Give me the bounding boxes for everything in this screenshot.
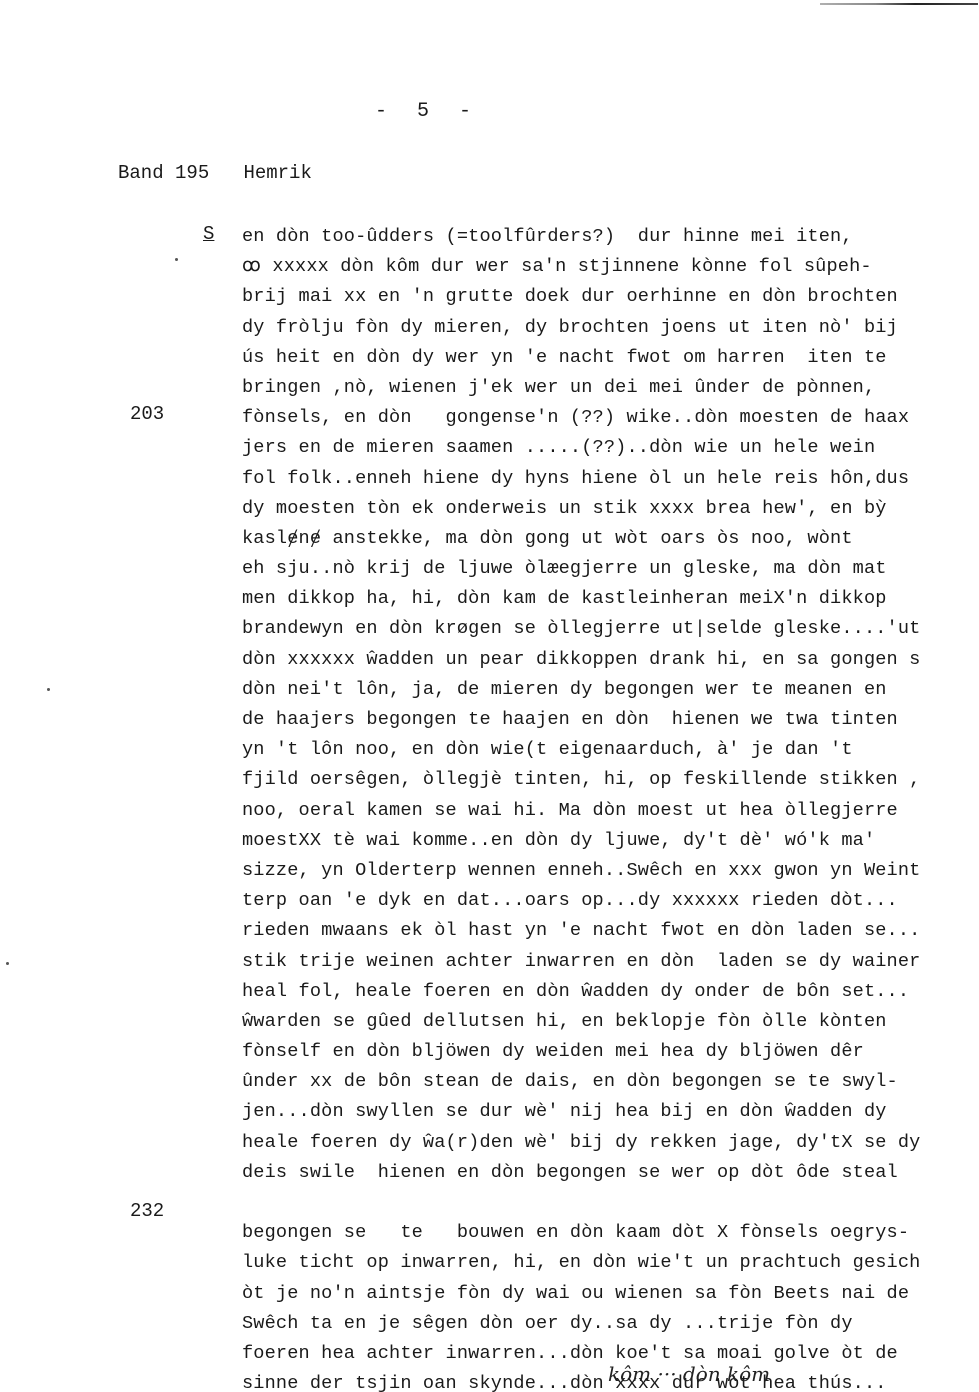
transcript-line: dòn xxxxxx ŵadden un pear dikkoppen dran… xyxy=(242,645,979,675)
transcript-line: yn 't lôn noo, en dòn wie(t eigenaarduch… xyxy=(242,735,979,765)
speaker-marker: S xyxy=(203,223,214,245)
band-label: Band 195 xyxy=(118,162,209,184)
transcript-line: ŵwarden se gûed dellutsen hi, en beklopj… xyxy=(242,1007,979,1037)
transcript-line: heale foeren dy ŵa(r)den wè' bij dy rekk… xyxy=(242,1128,979,1158)
transcript-line: dy fròlju fòn dy mieren, dy brochten joe… xyxy=(242,313,979,343)
transcript-line: stik trije weinen achter inwarren en dòn… xyxy=(242,947,979,977)
transcript-line: rieden mwaans ek òl hast yn 'e nacht fwo… xyxy=(242,916,979,946)
transcript-line xyxy=(242,1188,979,1218)
transcript-line: bringen ,nò, wienen j'ek wer un dei mei … xyxy=(242,373,979,403)
transcript-line: dòn nei't lôn, ja, de mieren dy begongen… xyxy=(242,675,979,705)
transcript-line: kaslɇnɇ anstekke, ma dòn gong ut wòt oar… xyxy=(242,524,979,554)
transcript-line: dy moesten tòn ek onderweis un stik xxxx… xyxy=(242,494,979,524)
transcript-line: moestXX tè wai komme..en dòn dy ljuwe, d… xyxy=(242,826,979,856)
transcript-body: en dòn too-ûdders (=toolfûrders?) dur hi… xyxy=(242,222,979,1392)
document-header: Band 195 Hemrik xyxy=(118,162,312,184)
transcript-line: en dòn too-ûdders (=toolfûrders?) dur hi… xyxy=(242,222,979,252)
place-label: Hemrik xyxy=(243,162,311,184)
transcript-line: sizze, yn Olderterp wennen enneh..Swêch … xyxy=(242,856,979,886)
transcript-line: jers en de mieren saamen .....(??)..dòn … xyxy=(242,433,979,463)
scan-speck xyxy=(47,688,50,691)
transcript-line: heal fol, heale foeren en dòn ŵadden dy … xyxy=(242,977,979,1007)
transcript-line: noo, oeral kamen se wai hi. Ma dòn moest… xyxy=(242,796,979,826)
scan-speck xyxy=(6,962,9,965)
transcript-line: jen...dòn swyllen se dur wè' nij hea bij… xyxy=(242,1097,979,1127)
transcript-line: de haajers begongen te haajen en dòn hie… xyxy=(242,705,979,735)
scan-edge-rule xyxy=(820,3,978,5)
transcript-line: brij mai xx en 'n grutte doek dur oerhin… xyxy=(242,282,979,312)
transcript-line: begongen se te bouwen en dòn kaam dòt X … xyxy=(242,1218,979,1248)
transcript-line: fònself en dòn bljöwen dy weiden mei hea… xyxy=(242,1037,979,1067)
transcript-line: luke ticht op inwarren, hi, en dòn wie't… xyxy=(242,1248,979,1278)
transcript-line: fol folk..enneh hiene dy hyns hiene òl u… xyxy=(242,464,979,494)
transcript-line: ꝏ xxxxx dòn kôm dur wer sa'n stjinnene k… xyxy=(242,252,979,282)
transcript-line: terp oan 'e dyk en dat...oars op...dy xx… xyxy=(242,886,979,916)
margin-line-number: 232 xyxy=(130,1200,164,1222)
transcript-line: fjild oersêgen, òllegjè tinten, hi, op f… xyxy=(242,765,979,795)
page-number: - 5 - xyxy=(375,100,473,123)
transcript-line: ús heit en dòn dy wer yn 'e nacht fwot o… xyxy=(242,343,979,373)
transcript-line: ûnder xx de bôn stean de dais, en dòn be… xyxy=(242,1067,979,1097)
handwritten-correction: kôm ··· dòn kôm xyxy=(608,1362,770,1386)
transcript-line: òt je no'n aintsje fòn dy wai ou wienen … xyxy=(242,1279,979,1309)
transcript-line: brandewyn en dòn krøgen se òllegjerre ut… xyxy=(242,614,979,644)
transcript-line: Swêch ta en je sêgen dòn oer dy..sa dy .… xyxy=(242,1309,979,1339)
transcript-line: men dikkop ha, hi, dòn kam de kastleinhe… xyxy=(242,584,979,614)
scan-speck xyxy=(175,258,178,261)
transcript-line: fònsels, en dòn gongense'n (??) wike..dò… xyxy=(242,403,979,433)
transcript-line: deis swile hienen en dòn begongen se wer… xyxy=(242,1158,979,1188)
margin-line-number: 203 xyxy=(130,403,164,425)
transcript-line: eh sju..nò krij de ljuwe òlæegjerre un g… xyxy=(242,554,979,584)
